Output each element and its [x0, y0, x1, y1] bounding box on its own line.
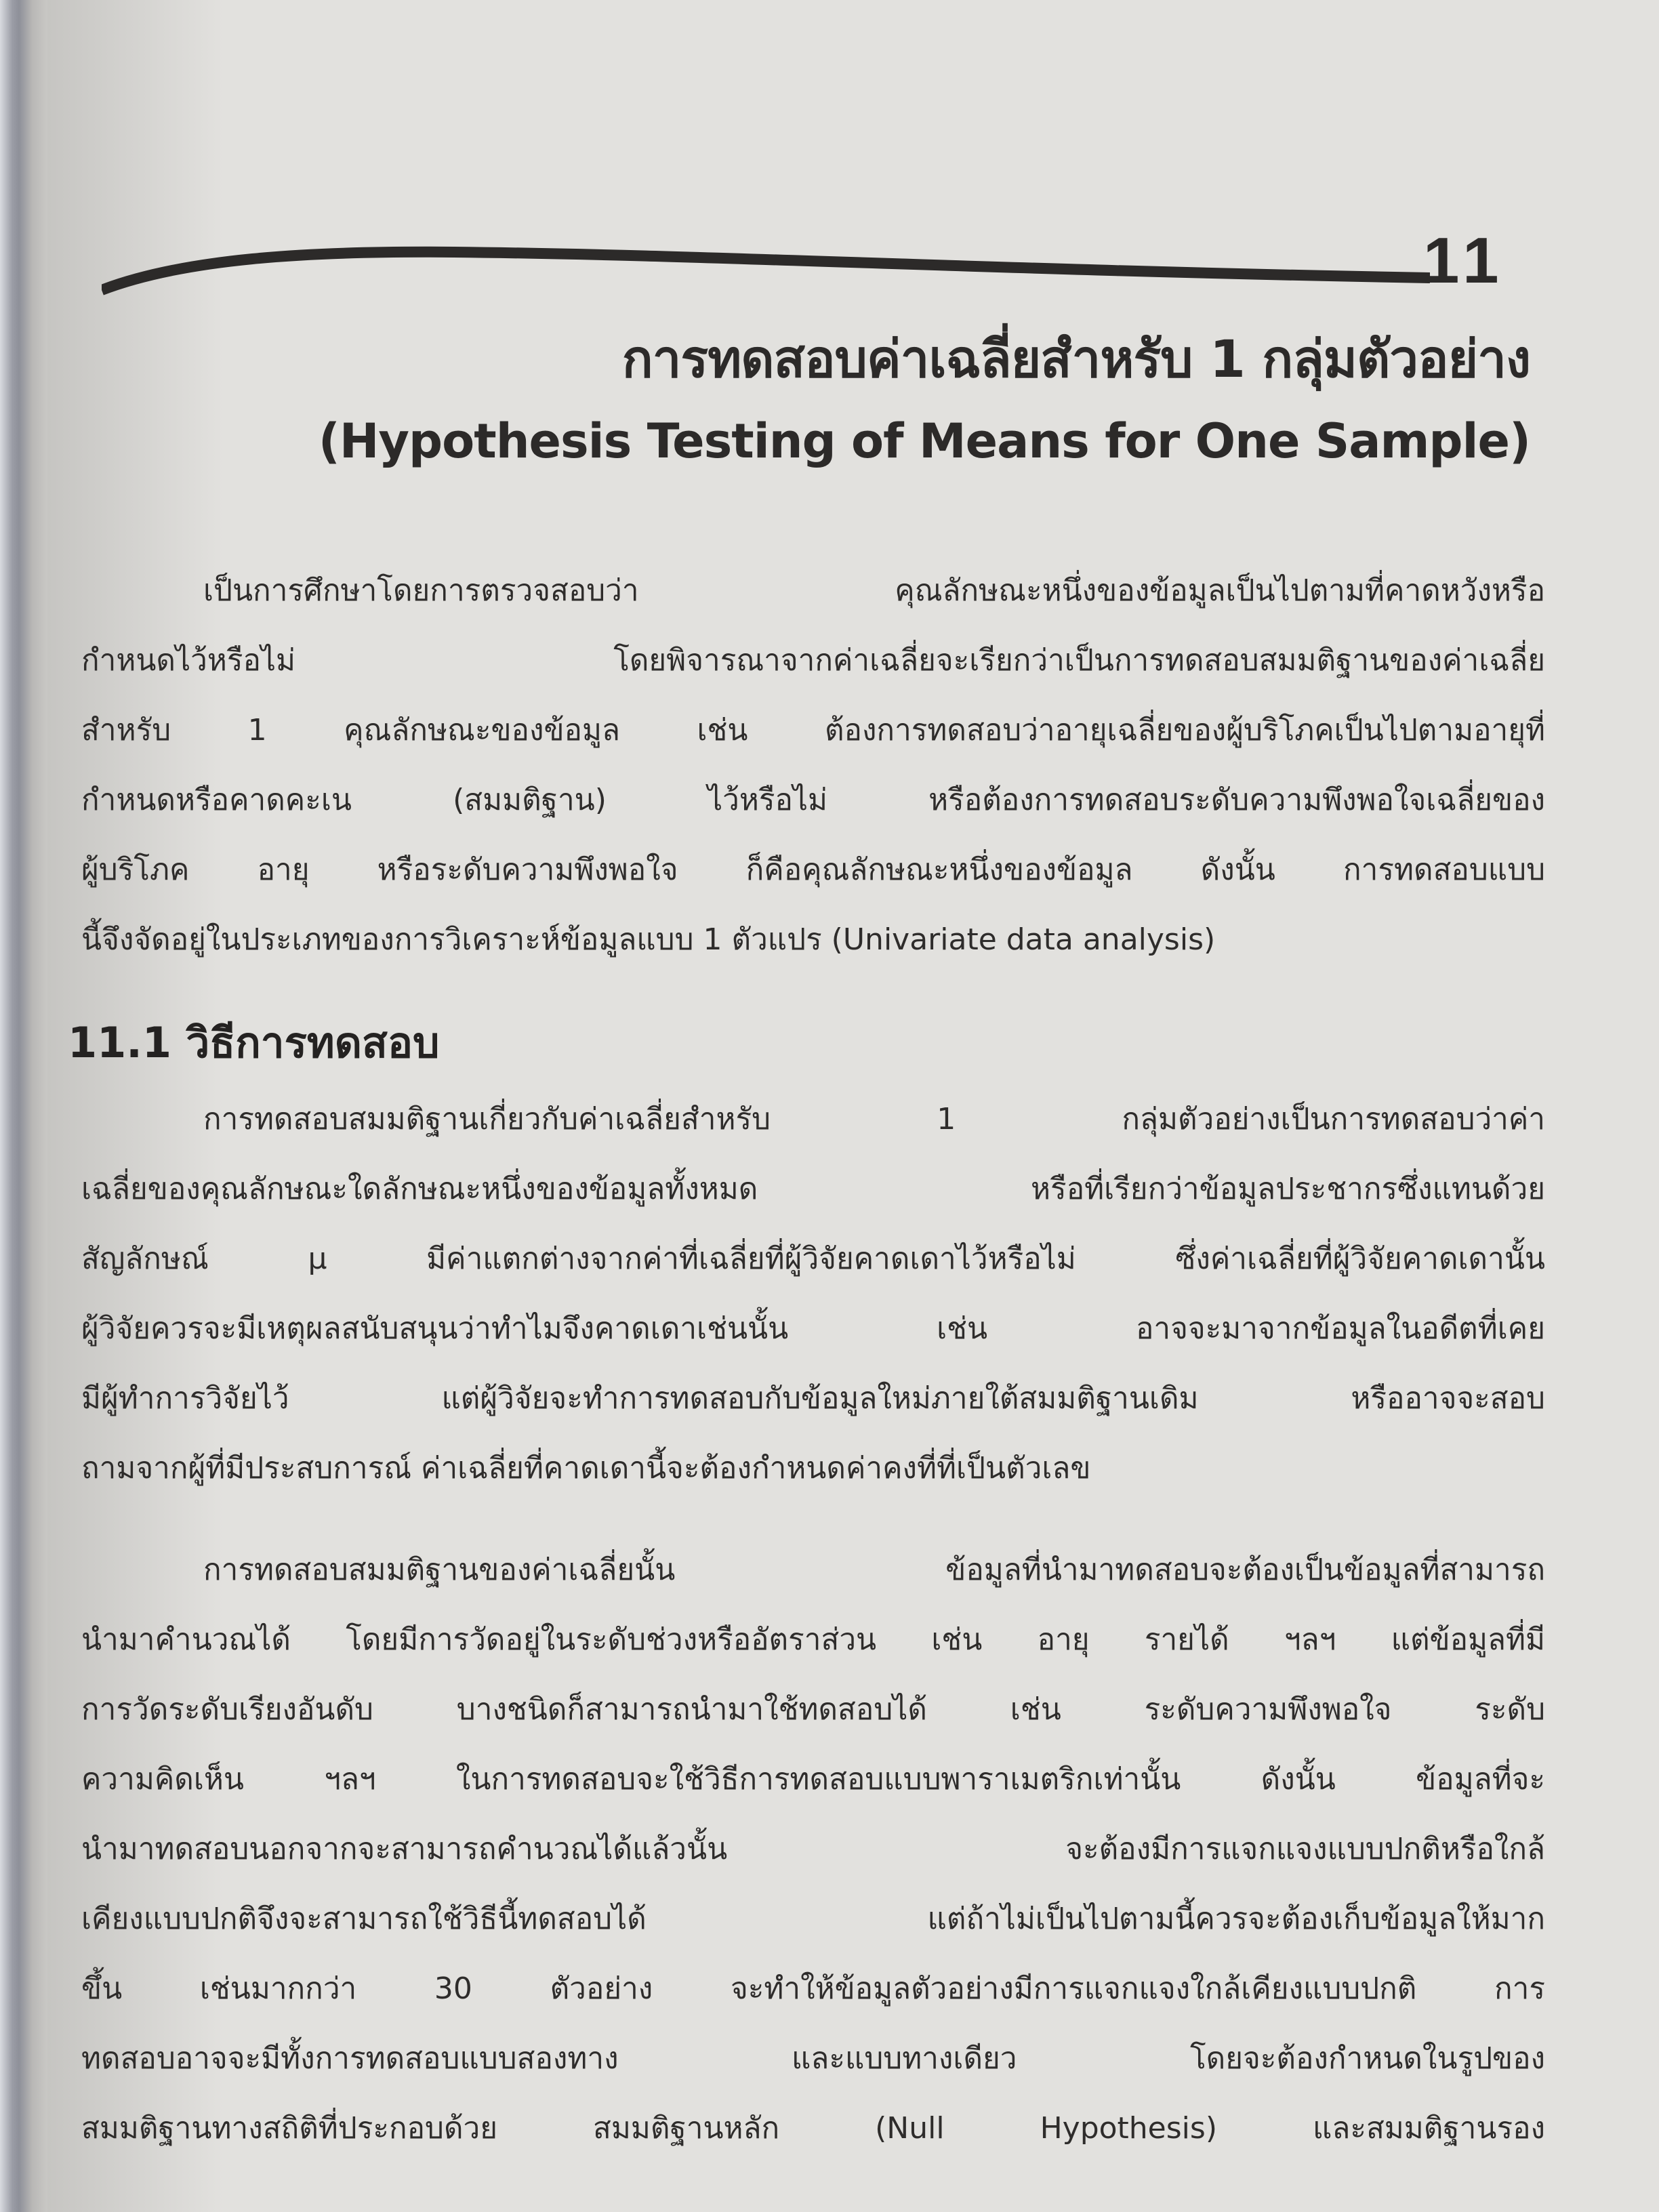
paragraph-line: เฉลี่ยของคุณลักษณะใดลักษณะหนึ่งของข้อมูล…: [81, 1154, 1545, 1224]
chapter-number: 11: [1423, 224, 1505, 298]
paragraph-line: ผู้วิจัยควรจะมีเหตุผลสนับสนุนว่าทำไมจึงค…: [81, 1294, 1545, 1364]
paragraph-line: กำหนดไว้หรือไม่ โดยพิจารณาจากค่าเฉลี่ยจะ…: [81, 626, 1545, 695]
section-paragraph-1: การทดสอบสมมติฐานเกี่ยวกับค่าเฉลี่ยสำหรับ…: [81, 1084, 1545, 1503]
paragraph-line: ขึ้น เช่นมากกว่า 30 ตัวอย่าง จะทำให้ข้อม…: [81, 1954, 1545, 2024]
paragraph-line: การทดสอบสมมติฐานเกี่ยวกับค่าเฉลี่ยสำหรับ…: [81, 1084, 1545, 1154]
chapter-title-english: (Hypothesis Testing of Means for One Sam…: [319, 413, 1530, 469]
section-heading: 11.1 วิธีการทดสอบ: [68, 1010, 439, 1076]
chapter-decorative-rule: [102, 244, 1430, 298]
paragraph-line: นำมาคำนวณได้ โดยมีการวัดอยู่ในระดับช่วงห…: [81, 1605, 1545, 1675]
book-page: 11 การทดสอบค่าเฉลี่ยสำหรับ 1 กลุ่มตัวอย่…: [0, 0, 1659, 2212]
paragraph-line: มีผู้ทำการวิจัยไว้ แต่ผู้วิจัยจะทำการทดส…: [81, 1364, 1545, 1433]
paragraph-line: นี้จึงจัดอยู่ในประเภทของการวิเคราะห์ข้อม…: [81, 905, 1545, 975]
paragraph-line: เป็นการศึกษาโดยการตรวจสอบว่า คุณลักษณะหน…: [81, 556, 1545, 626]
paragraph-line: ถามจากผู้ที่มีประสบการณ์ ค่าเฉลี่ยที่คาด…: [81, 1433, 1545, 1503]
paragraph-line: สมมติฐานทางสถิติที่ประกอบด้วย สมมติฐานหล…: [81, 2093, 1545, 2163]
paragraph-line: การวัดระดับเรียงอันดับ บางชนิดก็สามารถนำ…: [81, 1675, 1545, 1744]
chapter-title-thai: การทดสอบค่าเฉลี่ยสำหรับ 1 กลุ่มตัวอย่าง: [622, 319, 1530, 400]
paragraph-line: การทดสอบสมมติฐานของค่าเฉลี่ยนั้น ข้อมูลท…: [81, 1535, 1545, 1605]
paragraph-line: นำมาทดสอบนอกจากจะสามารถคำนวณได้แล้วนั้น …: [81, 1814, 1545, 1884]
paragraph-line: ทดสอบอาจจะมีทั้งการทดสอบแบบสองทาง และแบบ…: [81, 2024, 1545, 2093]
paragraph-line: ผู้บริโภค อายุ หรือระดับความพึงพอใจ ก็คื…: [81, 835, 1545, 905]
paragraph-line: เคียงแบบปกติจึงจะสามารถใช้วิธีนี้ทดสอบได…: [81, 1884, 1545, 1954]
intro-paragraph: เป็นการศึกษาโดยการตรวจสอบว่า คุณลักษณะหน…: [81, 556, 1545, 975]
paragraph-line: ความคิดเห็น ฯลฯ ในการทดสอบจะใช้วิธีการทด…: [81, 1744, 1545, 1814]
paragraph-line: สัญลักษณ์ μ มีค่าแตกต่างจากค่าที่เฉลี่ยท…: [81, 1224, 1545, 1294]
paragraph-line: กำหนดหรือคาดคะเน (สมมติฐาน) ไว้หรือไม่ ห…: [81, 765, 1545, 835]
paragraph-line: สำหรับ 1 คุณลักษณะของข้อมูล เช่น ต้องการ…: [81, 695, 1545, 765]
section-paragraph-2: การทดสอบสมมติฐานของค่าเฉลี่ยนั้น ข้อมูลท…: [81, 1535, 1545, 2163]
